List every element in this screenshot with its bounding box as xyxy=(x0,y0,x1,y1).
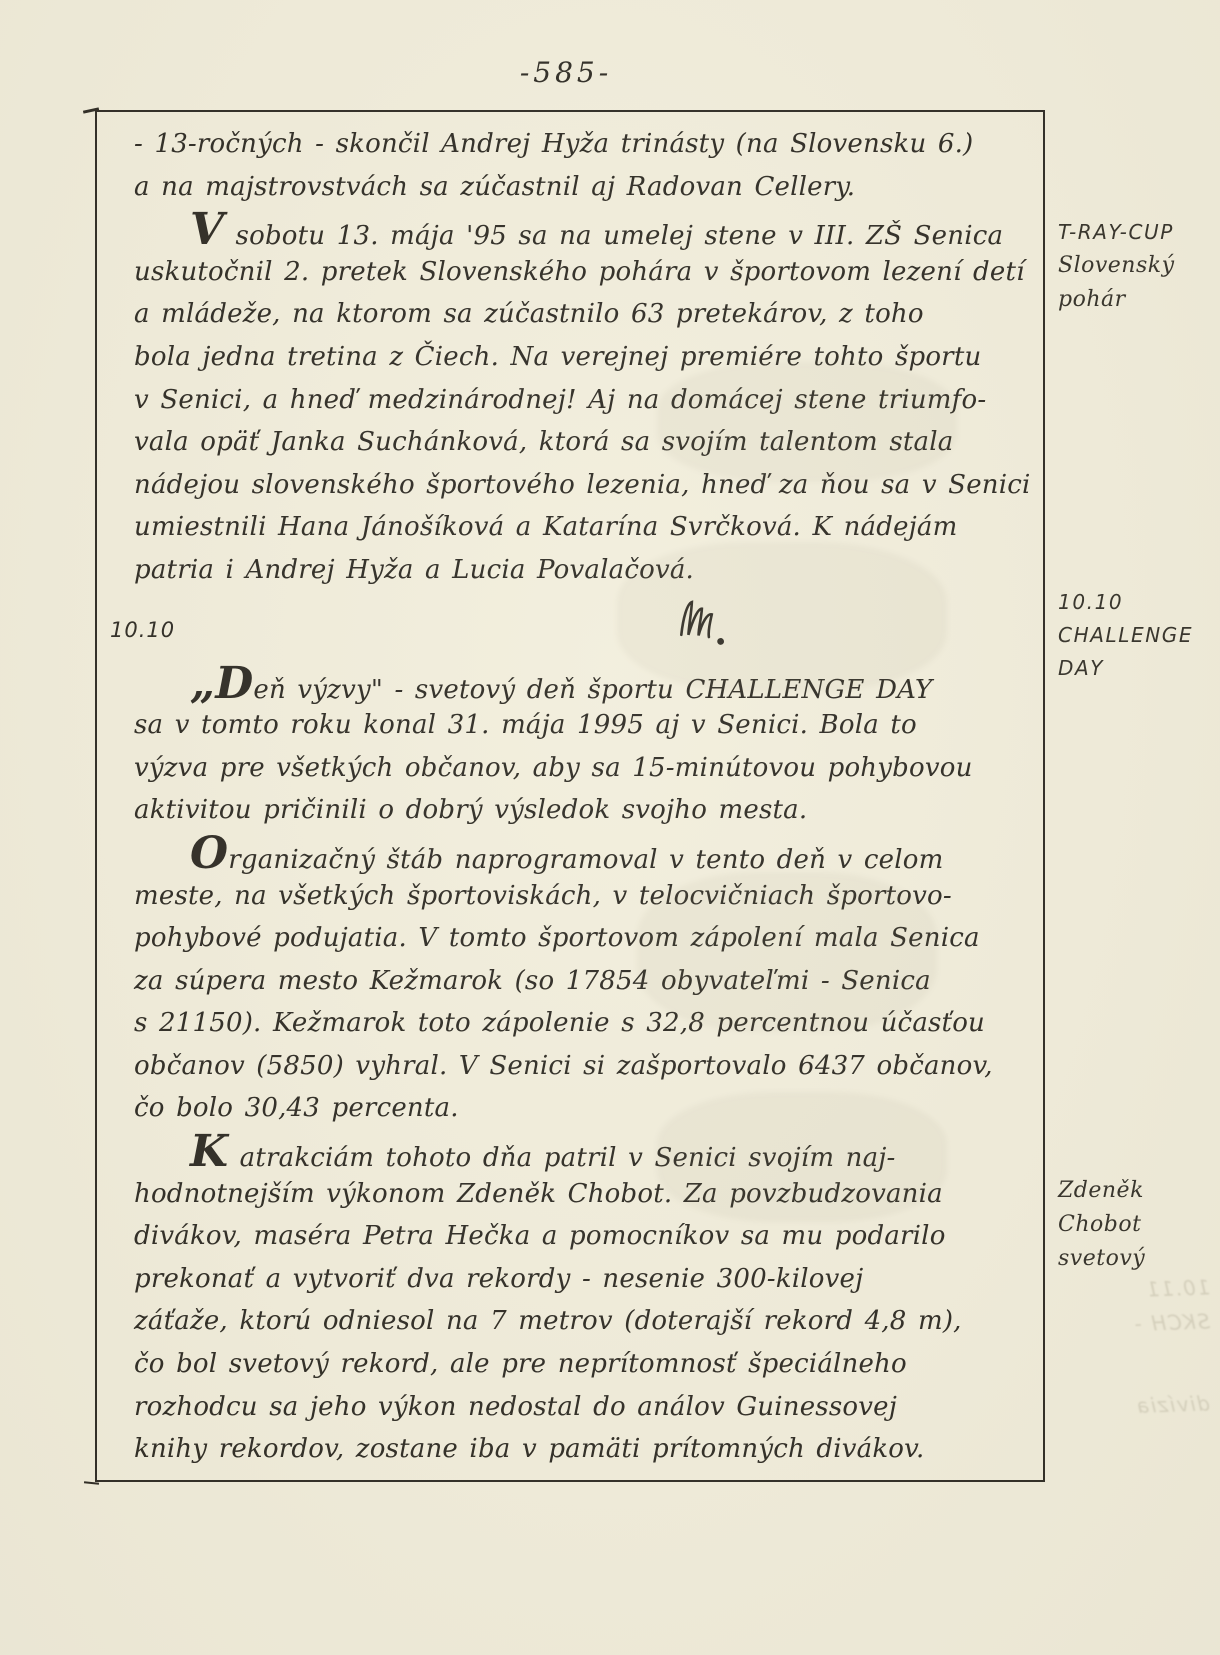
handwritten-line: hodnotnejším výkonom Zdeněk Chobot. Za p… xyxy=(134,1173,1025,1216)
handwritten-line: - 13-ročných - skončil Andrej Hyža triná… xyxy=(134,123,1025,166)
handwritten-line: bola jedna tretina z Čiech. Na verejnej … xyxy=(134,336,1025,379)
handwritten-line: nádejou slovenského športového lezenia, … xyxy=(134,464,1025,507)
margin-note-line: CHALLENGE xyxy=(1058,619,1216,652)
handwritten-line: vala opäť Janka Suchánková, ktorá sa svo… xyxy=(134,421,1025,464)
handwritten-line: V sobotu 13. mája '95 sa na umelej stene… xyxy=(134,208,1025,251)
handwritten-line: aktivitou pričinili o dobrý výsledok svo… xyxy=(134,789,1025,832)
margin-note-line: Zdeněk xyxy=(1058,1174,1216,1208)
margin-note-line: Slovenský xyxy=(1058,249,1216,283)
page-number: -585- xyxy=(520,56,612,89)
bleed-through-text: SKCH - xyxy=(1060,1309,1211,1338)
handwritten-line: umiestnili Hana Jánošíková a Katarína Sv… xyxy=(134,506,1025,549)
handwritten-line: občanov (5850) vyhral. V Senici si zašpo… xyxy=(134,1045,1025,1088)
margin-note-line: pohár xyxy=(1058,283,1216,317)
handwritten-line: K atrakciám tohoto dňa patril v Senici s… xyxy=(134,1130,1025,1173)
handwritten-line: pohybové podujatia. V tomto športovom zá… xyxy=(134,917,1025,960)
pen-flourish-icon xyxy=(670,588,732,655)
left-margin-label: 10.10 xyxy=(110,618,175,642)
margin-note: ZdeněkChobotsvetový xyxy=(1058,1174,1216,1276)
handwritten-line: čo bol svetový rekord, ale pre neprítomn… xyxy=(134,1343,1025,1386)
handwritten-line: divákov, maséra Petra Hečka a pomocníkov… xyxy=(134,1215,1025,1258)
handwritten-line: knihy rekordov, zostane iba v pamäti prí… xyxy=(134,1428,1025,1471)
handwritten-line: výzva pre všetkých občanov, aby sa 15-mi… xyxy=(134,747,1025,790)
flourish-wrap xyxy=(670,588,732,659)
paragraph-divider-row: 10.10 xyxy=(134,592,1025,662)
handwritten-line: rozhodcu sa jeho výkon nedostal do análo… xyxy=(134,1386,1025,1429)
handwritten-line: a na majstrovstvách sa zúčastnil aj Rado… xyxy=(134,166,1025,209)
margin-note-line: DAY xyxy=(1058,652,1216,685)
margin-note-line: svetový xyxy=(1058,1242,1216,1276)
handwritten-line: „Deň výzvy" - svetový deň športu CHALLEN… xyxy=(134,662,1025,705)
margin-note-line: Chobot xyxy=(1058,1208,1216,1242)
margin-note-line: 10.10 xyxy=(1058,586,1216,619)
chronicle-box: - 13-ročných - skončil Andrej Hyža triná… xyxy=(95,110,1045,1482)
handwritten-line: Organizačný štáb naprogramoval v tento d… xyxy=(134,832,1025,875)
bleed-through-text: 10.11 xyxy=(1060,1275,1211,1304)
handwritten-line: záťaže, ktorú odniesol na 7 metrov (dote… xyxy=(134,1300,1025,1343)
handwritten-line: uskutočnil 2. pretek Slovenského pohára … xyxy=(134,251,1025,294)
handwritten-line: a mládeže, na ktorom sa zúčastnilo 63 pr… xyxy=(134,293,1025,336)
handwritten-line: meste, na všetkých športoviskách, v telo… xyxy=(134,875,1025,918)
margin-note: T-RAY-CUPSlovenskýpohár xyxy=(1058,216,1216,317)
margin-note: 10.10CHALLENGEDAY xyxy=(1058,586,1216,685)
handwritten-line: čo bolo 30,43 percenta. xyxy=(134,1087,1025,1130)
handwritten-line: za súpera mesto Kežmarok (so 17854 obyva… xyxy=(134,960,1025,1003)
handwritten-line: prekonať a vytvoriť dva rekordy - neseni… xyxy=(134,1258,1025,1301)
handwritten-line: s 21150). Kežmarok toto zápolenie s 32,8… xyxy=(134,1002,1025,1045)
margin-note-line: T-RAY-CUP xyxy=(1058,216,1216,249)
scanned-chronicle-page: { "page": { "number_label": "-585-" }, "… xyxy=(0,0,1220,1655)
handwritten-text-block: - 13-ročných - skončil Andrej Hyža triná… xyxy=(97,112,1043,1480)
handwritten-line: patria i Andrej Hyža a Lucia Povalačová. xyxy=(134,549,1025,592)
handwritten-line: v Senici, a hneď medzinárodnej! Aj na do… xyxy=(134,379,1025,422)
handwritten-line: sa v tomto roku konal 31. mája 1995 aj v… xyxy=(134,704,1025,747)
bleed-through-text: divízia xyxy=(1060,1391,1211,1420)
